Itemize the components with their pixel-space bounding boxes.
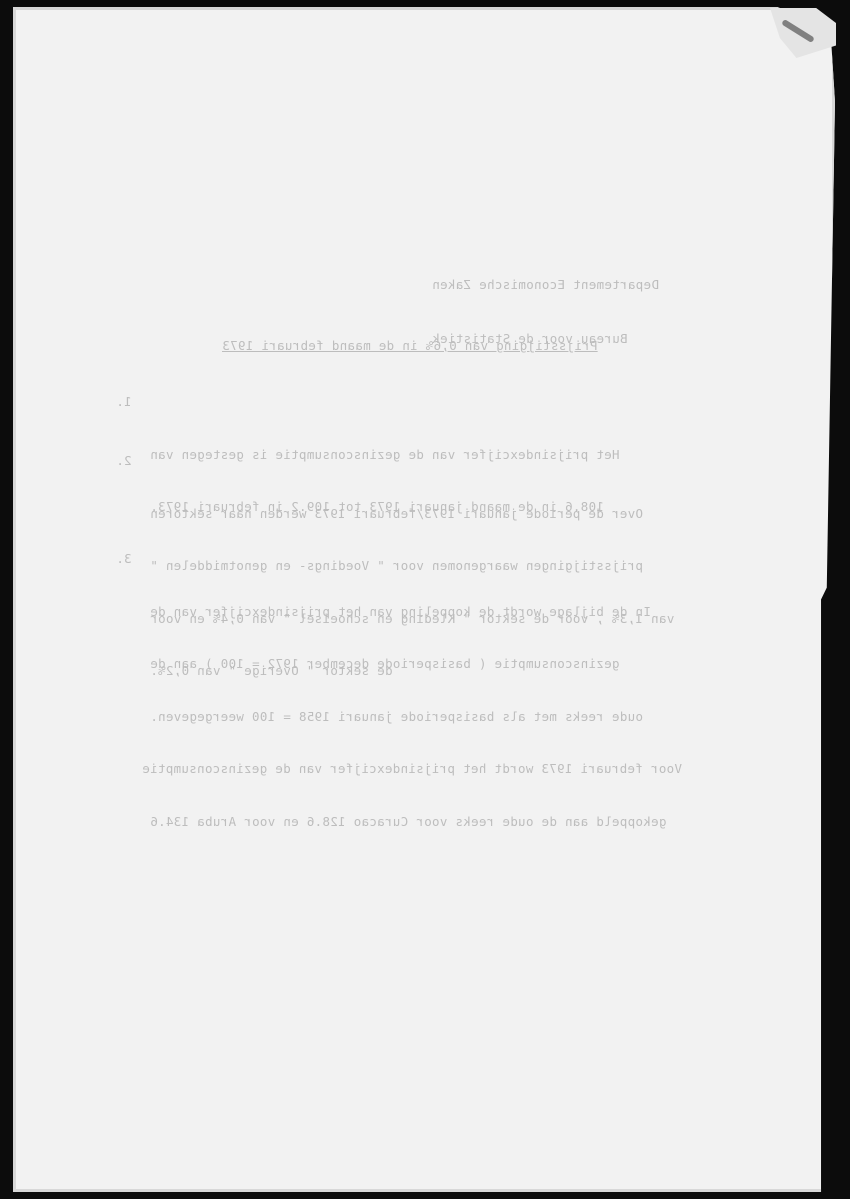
paragraph-number: 2. [116,452,132,470]
paragraph-number: 3. [116,550,132,568]
paragraph-line: In de bijlage wordt de koppeling van het… [150,603,682,621]
paragraph-line: Voor februari 1973 wordt het prijsindexc… [150,760,682,778]
document-title: Prijsstijging van 0,6% in de maand febru… [222,338,598,353]
paragraph-number: 1. [116,393,132,411]
paragraph-3: 3. In de bijlage wordt de koppeling van … [150,550,682,848]
paragraph-line: gekoppeld aan de oude reeks voor Curacao… [150,813,682,831]
paragraph-line: Over de periode januari 1973/februari 19… [150,505,682,523]
header-department: Departement Economische Zaken [432,276,659,294]
paragraph-line: oude reeks met als basisperiode januari … [150,708,682,726]
paragraph-line: gezinsconsumptie ( basisperiode december… [150,655,682,673]
